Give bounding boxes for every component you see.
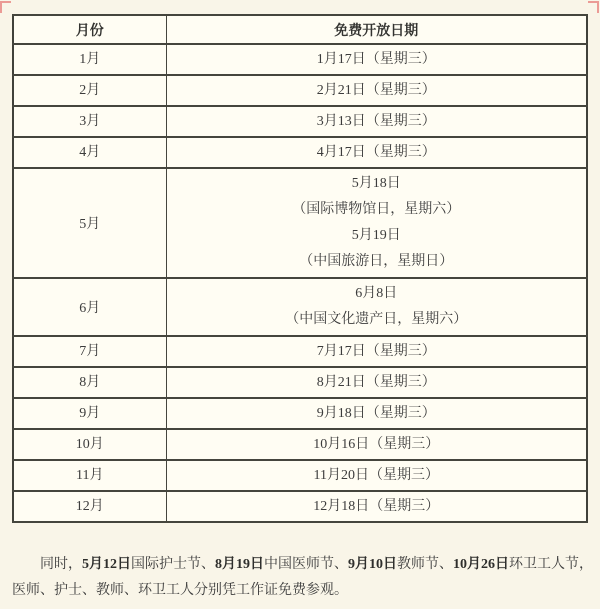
footnote-segment: 环卫工人节，	[509, 557, 593, 572]
date-cell: 3月13日（星期三）	[166, 106, 587, 137]
footnote-segment: 8月19日	[215, 557, 264, 572]
date-line: 6月8日	[167, 281, 587, 307]
date-cell: 12月18日（星期三）	[166, 491, 587, 522]
date-cell: 1月17日（星期三）	[166, 44, 587, 75]
table-row: 6月6月8日（中国文化遗产日，星期六）	[13, 278, 587, 336]
table-body: 1月1月17日（星期三）2月2月21日（星期三）3月3月13日（星期三）4月4月…	[13, 44, 587, 522]
footnote-line: 医师、护士、教师、环卫工人分别凭工作证免费参观。	[12, 578, 590, 604]
month-cell: 12月	[13, 491, 166, 522]
date-line: 11月20日（星期三）	[167, 461, 587, 490]
footnote-segment: 国际护士节、	[131, 557, 215, 572]
footnote-segment: 5月12日	[82, 557, 131, 572]
footnote-segment: 教师节、	[397, 557, 453, 572]
month-cell: 2月	[13, 75, 166, 106]
date-line: （国际博物馆日，星期六）	[167, 197, 587, 223]
crop-mark-top-left	[0, 1, 11, 13]
month-column-header: 月份	[13, 15, 166, 44]
date-line: 5月19日	[167, 223, 587, 249]
date-line: 3月13日（星期三）	[167, 107, 587, 136]
footnote-line: 同时，5月12日国际护士节、8月19日中国医师节、9月10日教师节、10月26日…	[12, 552, 590, 578]
footnote-segment: 9月10日	[348, 557, 397, 572]
month-cell: 11月	[13, 460, 166, 491]
month-cell: 7月	[13, 336, 166, 367]
date-line: 8月21日（星期三）	[167, 368, 587, 397]
footnote-segment: 医师、护士、教师、环卫工人分别凭工作证免费参观。	[12, 583, 348, 598]
month-cell: 6月	[13, 278, 166, 336]
date-cell: 11月20日（星期三）	[166, 460, 587, 491]
month-cell: 4月	[13, 137, 166, 168]
date-line: 10月16日（星期三）	[167, 430, 587, 459]
table-header-row: 月份 免费开放日期	[13, 15, 587, 44]
table-row: 11月11月20日（星期三）	[13, 460, 587, 491]
footnote-segment: 中国医师节、	[264, 557, 348, 572]
table-row: 4月4月17日（星期三）	[13, 137, 587, 168]
crop-mark-top-right	[588, 1, 599, 13]
date-line: 5月18日	[167, 171, 587, 197]
table-row: 8月8月21日（星期三）	[13, 367, 587, 398]
table-row: 1月1月17日（星期三）	[13, 44, 587, 75]
footnote-segment: 同时，	[40, 557, 82, 572]
table-row: 9月9月18日（星期三）	[13, 398, 587, 429]
month-cell: 10月	[13, 429, 166, 460]
free-admission-table: 月份 免费开放日期 1月1月17日（星期三）2月2月21日（星期三）3月3月13…	[12, 14, 588, 523]
table-row: 3月3月13日（星期三）	[13, 106, 587, 137]
date-cell: 7月17日（星期三）	[166, 336, 587, 367]
date-cell: 8月21日（星期三）	[166, 367, 587, 398]
date-cell: 6月8日（中国文化遗产日，星期六）	[166, 278, 587, 336]
date-cell: 5月18日（国际博物馆日，星期六）5月19日（中国旅游日，星期日）	[166, 168, 587, 278]
date-line: （中国旅游日，星期日）	[167, 249, 587, 275]
table-row: 2月2月21日（星期三）	[13, 75, 587, 106]
date-line: 9月18日（星期三）	[167, 399, 587, 428]
footnote: 同时，5月12日国际护士节、8月19日中国医师节、9月10日教师节、10月26日…	[12, 552, 590, 604]
table-row: 12月12月18日（星期三）	[13, 491, 587, 522]
month-cell: 1月	[13, 44, 166, 75]
month-cell: 9月	[13, 398, 166, 429]
date-cell: 2月21日（星期三）	[166, 75, 587, 106]
date-cell: 4月17日（星期三）	[166, 137, 587, 168]
date-line: 7月17日（星期三）	[167, 337, 587, 366]
date-line: 12月18日（星期三）	[167, 492, 587, 521]
date-column-header: 免费开放日期	[166, 15, 587, 44]
date-line: 1月17日（星期三）	[167, 45, 587, 74]
table-row: 10月10月16日（星期三）	[13, 429, 587, 460]
month-cell: 3月	[13, 106, 166, 137]
date-line: 2月21日（星期三）	[167, 76, 587, 105]
date-cell: 9月18日（星期三）	[166, 398, 587, 429]
table-row: 5月5月18日（国际博物馆日，星期六）5月19日（中国旅游日，星期日）	[13, 168, 587, 278]
footnote-segment: 10月26日	[453, 557, 509, 572]
date-line: 4月17日（星期三）	[167, 138, 587, 167]
month-cell: 8月	[13, 367, 166, 398]
month-cell: 5月	[13, 168, 166, 278]
table-row: 7月7月17日（星期三）	[13, 336, 587, 367]
date-cell: 10月16日（星期三）	[166, 429, 587, 460]
date-line: （中国文化遗产日，星期六）	[167, 307, 587, 333]
